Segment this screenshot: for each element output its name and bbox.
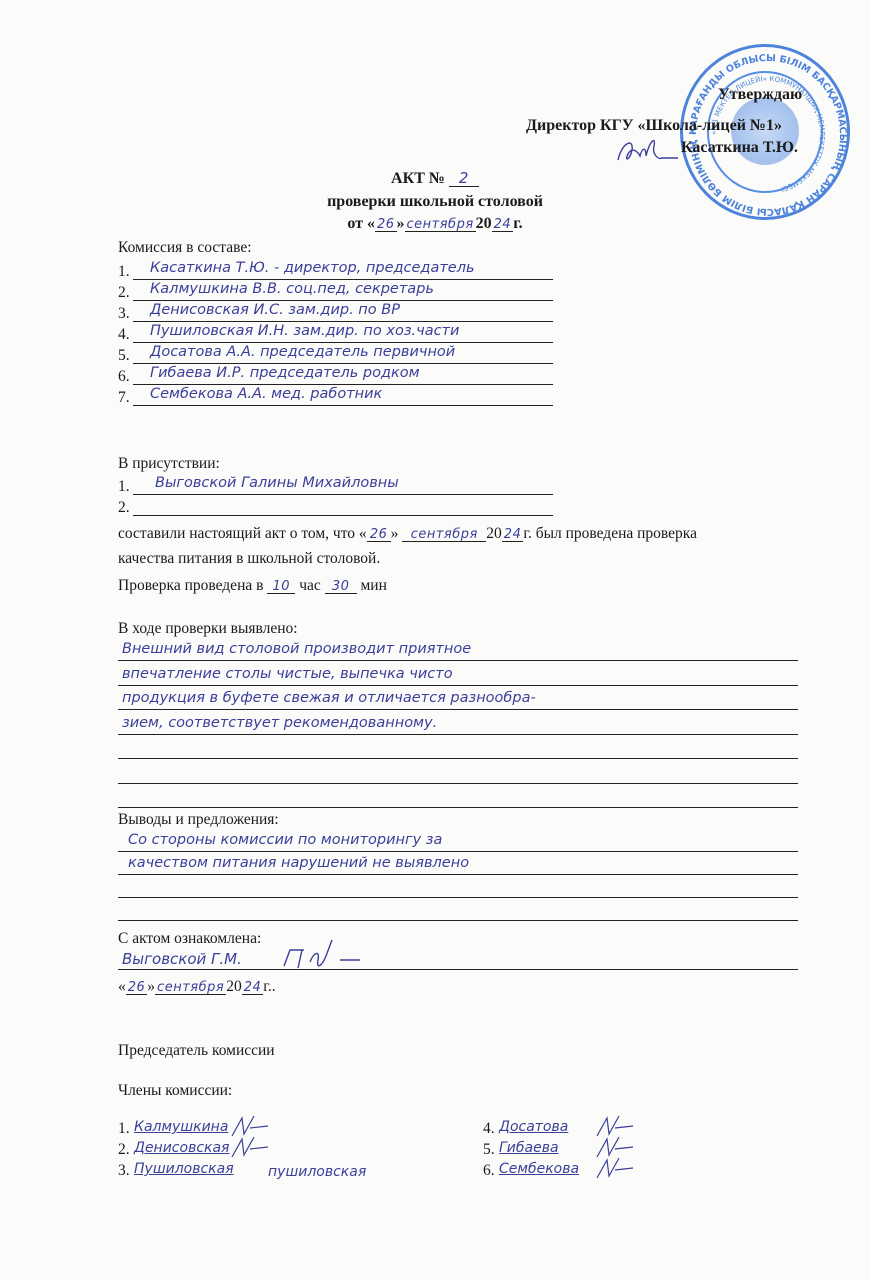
handwritten-entry: Денисовская И.С. зам.дир. по ВР bbox=[150, 302, 400, 318]
acknowledged-day: 26 bbox=[126, 981, 148, 995]
acknowledged-date: «26»сентября2024г.. bbox=[118, 978, 276, 996]
act-subtitle: проверки школьной столовой bbox=[0, 193, 870, 211]
statement-month: сентября bbox=[402, 528, 486, 542]
act-date: от «26»сентября2024г. bbox=[0, 215, 870, 233]
acknowledged-year: 24 bbox=[242, 981, 264, 995]
fill-line bbox=[118, 807, 798, 808]
signature-number: 4. bbox=[483, 1120, 495, 1138]
member-signature: Пушиловская bbox=[134, 1161, 234, 1177]
approve-label: Утверждаю bbox=[718, 86, 802, 104]
fill-line bbox=[118, 734, 798, 735]
fill-line bbox=[118, 851, 798, 852]
acknowledged-signature bbox=[280, 936, 410, 976]
row-number: 2. bbox=[118, 499, 130, 517]
fill-line bbox=[133, 515, 553, 516]
signature-number: 2. bbox=[118, 1141, 130, 1159]
fill-line bbox=[133, 384, 553, 385]
row-number: 3. bbox=[118, 305, 130, 323]
row-number: 7. bbox=[118, 389, 130, 407]
signature-number: 6. bbox=[483, 1162, 495, 1180]
director-signature bbox=[612, 132, 682, 172]
director-name: Касаткина Т.Ю. bbox=[681, 139, 798, 157]
handwritten-entry: Сембекова А.А. мед. работник bbox=[150, 386, 382, 402]
act-date-month: сентября bbox=[405, 218, 476, 232]
fill-line bbox=[133, 300, 553, 301]
chairman-label: Председатель комиссии bbox=[118, 1042, 275, 1060]
statement-day: 26 bbox=[367, 528, 391, 542]
members-label: Члены комиссии: bbox=[118, 1082, 232, 1100]
statement-year: 24 bbox=[502, 528, 524, 542]
member-signature: Калмушкина bbox=[134, 1119, 228, 1135]
signature-mark bbox=[228, 1133, 288, 1163]
handwritten-entry: Досатова А.А. председатель первичной bbox=[150, 344, 455, 360]
acknowledged-heading: С актом ознакомлена: bbox=[118, 930, 261, 948]
fill-line bbox=[118, 874, 798, 875]
fill-line bbox=[118, 660, 798, 661]
signature-number: 1. bbox=[118, 1120, 130, 1138]
acknowledged-month: сентября bbox=[155, 981, 226, 995]
member-signature: Досатова bbox=[499, 1119, 568, 1135]
fill-line bbox=[118, 758, 798, 759]
presence-heading: В присутствии: bbox=[118, 455, 220, 473]
handwritten-entry: Пушиловская И.Н. зам.дир. по хоз.части bbox=[150, 323, 459, 339]
fill-line bbox=[133, 405, 553, 406]
member-signature-extra: пушиловская bbox=[268, 1164, 366, 1180]
act-number: 2 bbox=[449, 171, 479, 187]
row-number: 1. bbox=[118, 263, 130, 281]
fill-line bbox=[133, 494, 553, 495]
handwritten-entry: Внешний вид столовой производит приятное bbox=[122, 641, 471, 657]
fill-line bbox=[133, 363, 553, 364]
fill-line bbox=[118, 685, 798, 686]
handwritten-entry: Касаткина Т.Ю. - директор, председатель bbox=[150, 260, 475, 276]
fill-line bbox=[118, 897, 798, 898]
row-number: 6. bbox=[118, 368, 130, 386]
fill-line bbox=[118, 920, 798, 921]
member-signature: Сембекова bbox=[499, 1161, 579, 1177]
inspection-hour: 10 bbox=[267, 580, 295, 594]
handwritten-entry: Со стороны комиссии по мониторингу за bbox=[128, 832, 442, 848]
commission-heading: Комиссия в составе: bbox=[118, 239, 252, 257]
handwritten-entry: Гибаева И.Р. председатель родком bbox=[150, 365, 420, 381]
statement-line-1: составили настоящий акт о том, что «26» … bbox=[118, 525, 697, 543]
act-title: АКТ № 2 bbox=[0, 170, 870, 188]
fill-line bbox=[133, 321, 553, 322]
signature-number: 3. bbox=[118, 1162, 130, 1180]
conclusions-heading: Выводы и предложения: bbox=[118, 811, 279, 829]
fill-line bbox=[118, 783, 798, 784]
inspection-minute: 30 bbox=[325, 580, 357, 594]
inspection-time: Проверка проведена в 10 час 30 мин bbox=[118, 577, 387, 595]
row-number: 5. bbox=[118, 347, 130, 365]
member-signature: Гибаева bbox=[499, 1140, 559, 1156]
handwritten-entry: качеством питания нарушений не выявлено bbox=[128, 855, 469, 871]
acknowledged-name: Выговской Г.М. bbox=[122, 950, 242, 968]
row-number: 4. bbox=[118, 326, 130, 344]
handwritten-entry: Выговской Галины Михайловны bbox=[155, 475, 399, 491]
handwritten-entry: впечатление столы чистые, выпечка чисто bbox=[122, 666, 453, 682]
handwritten-entry: Калмушкина В.В. соц.пед, секретарь bbox=[150, 281, 434, 297]
row-number: 1. bbox=[118, 478, 130, 496]
fill-line bbox=[133, 279, 553, 280]
fill-line bbox=[118, 709, 798, 710]
signature-mark bbox=[593, 1154, 653, 1184]
fill-line bbox=[133, 342, 553, 343]
findings-heading: В ходе проверки выявлено: bbox=[118, 620, 298, 638]
handwritten-entry: продукция в буфете свежая и отличается р… bbox=[122, 690, 536, 706]
row-number: 2. bbox=[118, 284, 130, 302]
statement-line-2: качества питания в школьной столовой. bbox=[118, 550, 380, 568]
acknowledged-line bbox=[118, 969, 798, 970]
signature-number: 5. bbox=[483, 1141, 495, 1159]
member-signature: Денисовская bbox=[134, 1140, 229, 1156]
act-date-day: 26 bbox=[375, 218, 397, 232]
act-date-year: 24 bbox=[492, 218, 514, 232]
handwritten-entry: зием, соответствует рекомендованному. bbox=[122, 715, 437, 731]
